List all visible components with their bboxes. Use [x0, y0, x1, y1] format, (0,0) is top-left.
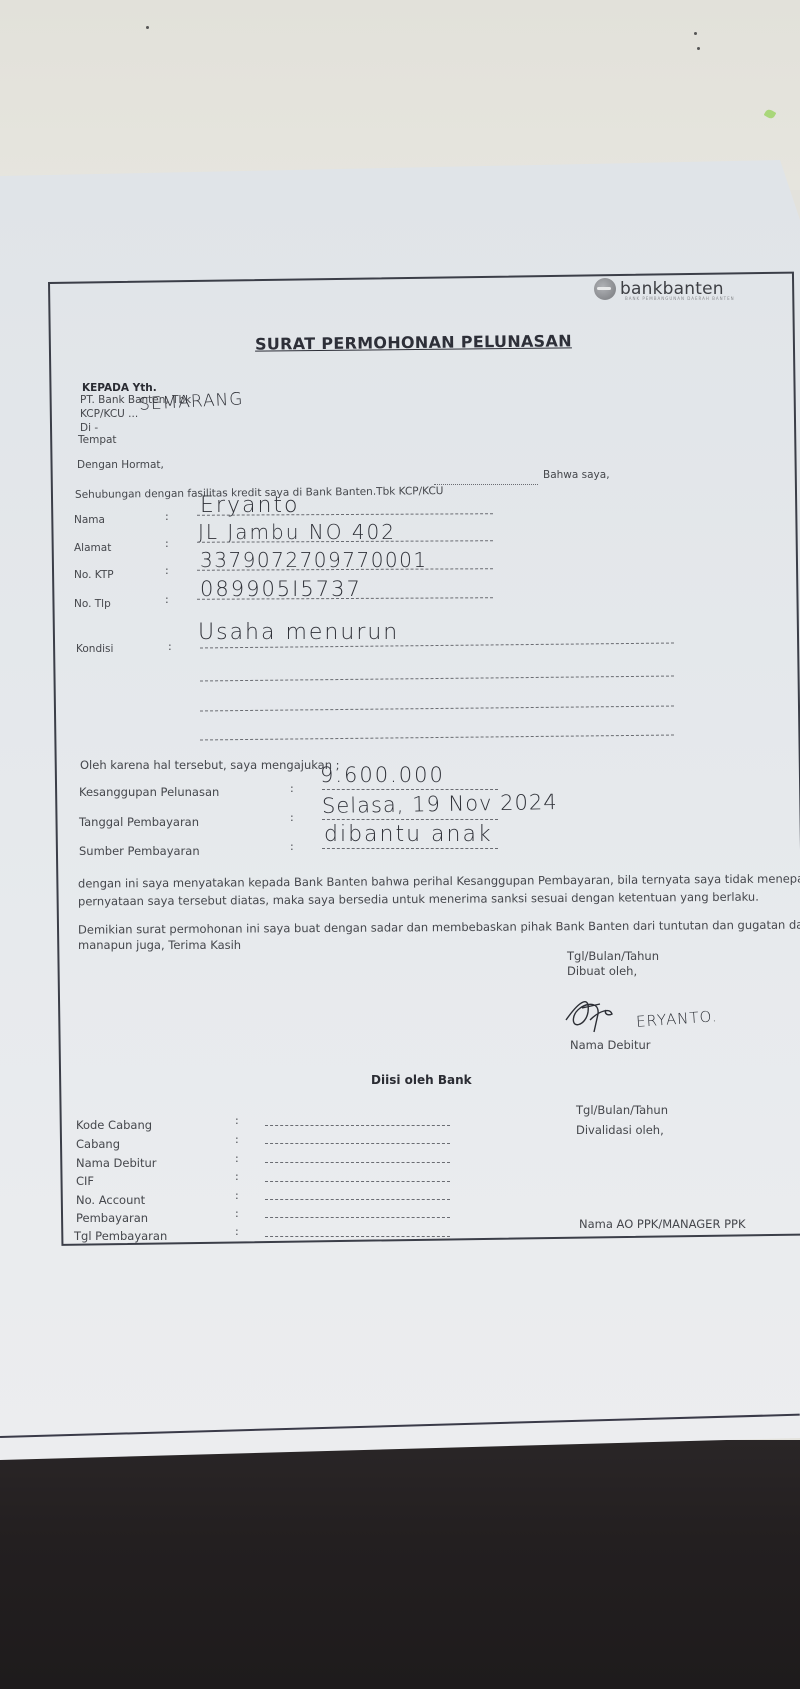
bank-field-label: Tgl Pembayaran: [74, 1229, 167, 1243]
bank-date-label: Tgl/Bulan/Tahun: [576, 1103, 668, 1117]
bank-field-label: CIF: [76, 1174, 94, 1188]
colon: :: [235, 1225, 239, 1238]
field-label-nama: Nama: [74, 514, 105, 526]
colon: :: [290, 782, 294, 795]
colon: :: [235, 1152, 239, 1165]
colon: :: [165, 510, 169, 523]
brand-tagline: BANK PEMBANGUNAN DAERAH BANTEN: [625, 296, 735, 301]
colon: :: [235, 1207, 239, 1220]
addressee-kcp-label: KCP/KCU ...: [80, 408, 138, 420]
bank-field-tgl-pembayaran[interactable]: [265, 1236, 450, 1237]
debtor-date-label: Tgl/Bulan/Tahun: [567, 949, 659, 963]
statement-line-3: Demikian surat permohonan ini saya buat …: [78, 917, 800, 936]
colon: :: [165, 564, 169, 577]
request-value-kesanggupan: 9.600.000: [320, 763, 445, 787]
request-line-tanggal[interactable]: [322, 819, 498, 820]
request-label-tanggal: Tanggal Pembayaran: [79, 815, 199, 829]
field-label-tlp: No. Tlp: [74, 598, 111, 610]
addressee-kcp-value: SEMARANG: [139, 389, 244, 414]
kondisi-line-3[interactable]: [200, 706, 674, 712]
debtor-made-by: Dibuat oleh,: [567, 964, 637, 978]
statement-line-1: dengan ini saya menyatakan kepada Bank B…: [78, 871, 800, 890]
colon: :: [290, 811, 294, 824]
bank-field-cabang[interactable]: [265, 1143, 450, 1144]
colon: :: [290, 840, 294, 853]
statement-line-2: pernyataan saya tersebut diatas, maka sa…: [78, 890, 759, 909]
bank-field-label: No. Account: [76, 1193, 145, 1207]
salutation: Dengan Hormat,: [77, 459, 164, 471]
request-line-sumber[interactable]: [322, 848, 498, 849]
request-label-sumber: Sumber Pembayaran: [79, 844, 200, 858]
bank-logo-icon: [594, 278, 616, 300]
debtor-signed-name: ERYANTO.: [635, 1007, 718, 1031]
colon: :: [235, 1170, 239, 1183]
request-line-kesanggupan[interactable]: [322, 789, 498, 790]
bank-field-label: Kode Cabang: [76, 1118, 152, 1132]
intro-kcp-field[interactable]: [434, 484, 538, 485]
addressee-kepada: KEPADA Yth.: [82, 382, 157, 394]
statement-line-4: manapun juga, Terima Kasih: [78, 938, 241, 952]
debtor-signature-scribble: [560, 990, 640, 1040]
bank-field-label: Nama Debitur: [76, 1156, 157, 1170]
request-intro: Oleh karena hal tersebut, saya mengajuka…: [80, 758, 340, 772]
field-line-nama[interactable]: [197, 513, 493, 516]
bank-section-title: Diisi oleh Bank: [371, 1073, 472, 1087]
bank-validated-by: Divalidasi oleh,: [576, 1123, 664, 1137]
request-value-sumber: dibantu anak: [324, 822, 493, 847]
bank-field-no-account[interactable]: [265, 1199, 450, 1200]
field-label-alamat: Alamat: [74, 542, 111, 554]
bank-field-kode-cabang[interactable]: [265, 1125, 450, 1126]
field-label-ktp: No. KTP: [74, 569, 114, 581]
addressee-tempat: Tempat: [78, 434, 117, 446]
kondisi-line-4[interactable]: [200, 735, 674, 741]
bank-field-label: Pembayaran: [76, 1211, 148, 1225]
colon: :: [235, 1114, 239, 1127]
debtor-role-label: Nama Debitur: [570, 1038, 651, 1052]
bank-field-label: Cabang: [76, 1137, 120, 1151]
colon: :: [235, 1189, 239, 1202]
intro-sentence-end: Bahwa saya,: [543, 469, 610, 481]
bank-field-pembayaran[interactable]: [265, 1217, 450, 1218]
bank-field-cif[interactable]: [265, 1181, 450, 1182]
colon: :: [168, 640, 172, 653]
colon: :: [165, 593, 169, 606]
document: bankbanten BANK PEMBANGUNAN DAERAH BANTE…: [0, 0, 800, 1689]
kondisi-line-2[interactable]: [200, 676, 674, 682]
bank-role-label: Nama AO PPK/MANAGER PPK: [579, 1217, 746, 1231]
page-title: SURAT PERMOHONAN PELUNASAN: [255, 331, 572, 353]
request-label-kesanggupan: Kesanggupan Pelunasan: [79, 785, 219, 799]
addressee-di: Di -: [80, 422, 98, 434]
bank-field-nama-debitur[interactable]: [265, 1162, 450, 1163]
field-value-kondisi: Usaha menurun: [198, 620, 399, 645]
colon: :: [235, 1133, 239, 1146]
colon: :: [165, 537, 169, 550]
request-value-tanggal: Selasa, 19 Nov 2024: [322, 790, 558, 818]
field-label-kondisi: Kondisi: [76, 643, 113, 655]
